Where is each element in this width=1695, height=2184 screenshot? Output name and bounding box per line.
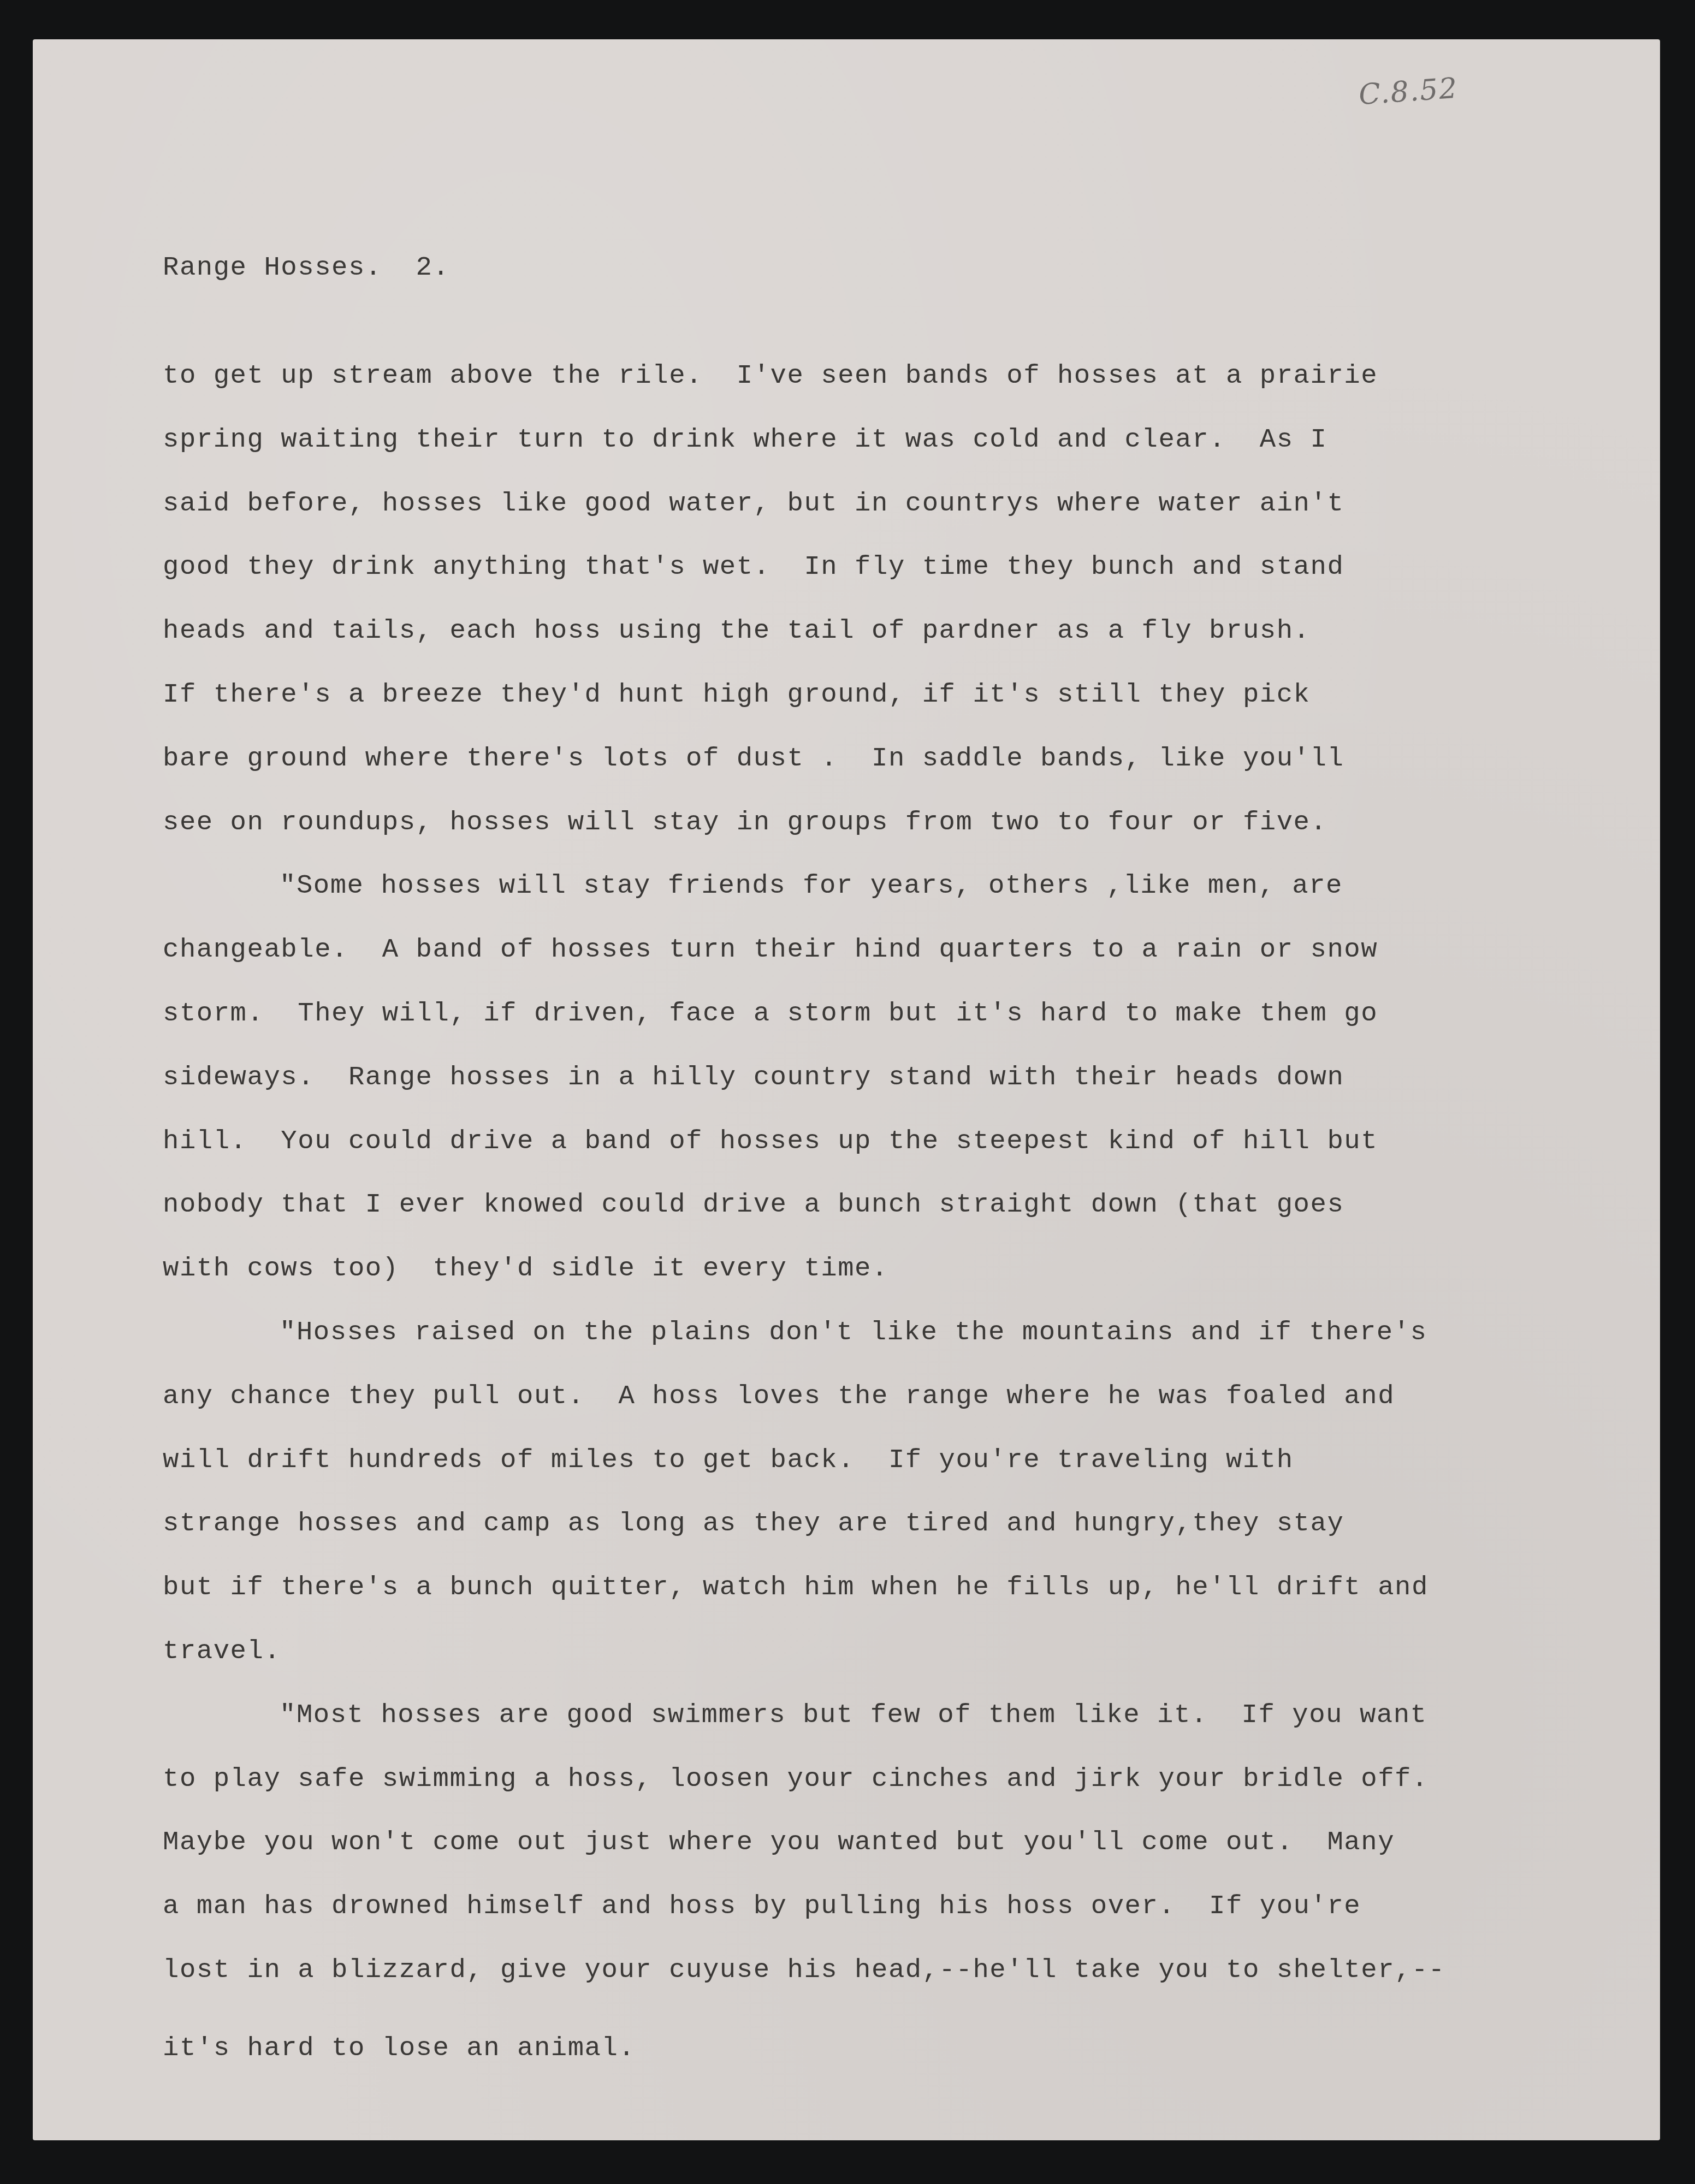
- text-line: heads and tails, each hoss using the tai…: [163, 599, 1445, 663]
- text-line: nobody that I ever knowed could drive a …: [163, 1173, 1445, 1237]
- text-line: with cows too) they'd sidle it every tim…: [163, 1237, 1445, 1301]
- paragraph-start-line: "Hosses raised on the plains don't like …: [163, 1301, 1445, 1364]
- text-line: will drift hundreds of miles to get back…: [163, 1428, 1445, 1492]
- text-line: spring waiting their turn to drink where…: [163, 408, 1445, 472]
- text-line: If there's a breeze they'd hunt high gro…: [163, 663, 1445, 727]
- pencil-catalog-annotation: C.8.52: [1358, 72, 1459, 112]
- text-line: a man has drowned himself and hoss by pu…: [163, 1874, 1445, 1938]
- page-heading: Range Hosses. 2.: [163, 252, 449, 283]
- text-line: to get up stream above the rile. I've se…: [163, 344, 1445, 408]
- text-line: Maybe you won't come out just where you …: [163, 1811, 1445, 1874]
- paragraph-start-line: "Most hosses are good swimmers but few o…: [163, 1683, 1445, 1747]
- text-line: said before, hosses like good water, but…: [163, 472, 1445, 536]
- paragraph-start-line: "Some hosses will stay friends for years…: [163, 854, 1445, 918]
- text-line: lost in a blizzard, give your cuyuse his…: [163, 1938, 1445, 2002]
- text-line: it's hard to lose an animal.: [163, 2002, 1445, 2075]
- page-body: to get up stream above the rile. I've se…: [163, 344, 1445, 2075]
- text-line: good they drink anything that's wet. In …: [163, 535, 1445, 599]
- text-line: but if there's a bunch quitter, watch hi…: [163, 1556, 1445, 1619]
- text-line: see on roundups, hosses will stay in gro…: [163, 791, 1445, 854]
- text-line: strange hosses and camp as long as they …: [163, 1492, 1445, 1556]
- text-line: sideways. Range hosses in a hilly countr…: [163, 1046, 1445, 1109]
- text-line: to play safe swimming a hoss, loosen you…: [163, 1747, 1445, 1811]
- text-line: bare ground where there's lots of dust .…: [163, 727, 1445, 791]
- text-line: changeable. A band of hosses turn their …: [163, 918, 1445, 982]
- text-line: hill. You could drive a band of hosses u…: [163, 1109, 1445, 1173]
- text-line: travel.: [163, 1619, 1445, 1683]
- text-line: any chance they pull out. A hoss loves t…: [163, 1364, 1445, 1428]
- typewritten-page: C.8.52 Range Hosses. 2. to get up stream…: [33, 39, 1660, 2140]
- text-line: storm. They will, if driven, face a stor…: [163, 982, 1445, 1046]
